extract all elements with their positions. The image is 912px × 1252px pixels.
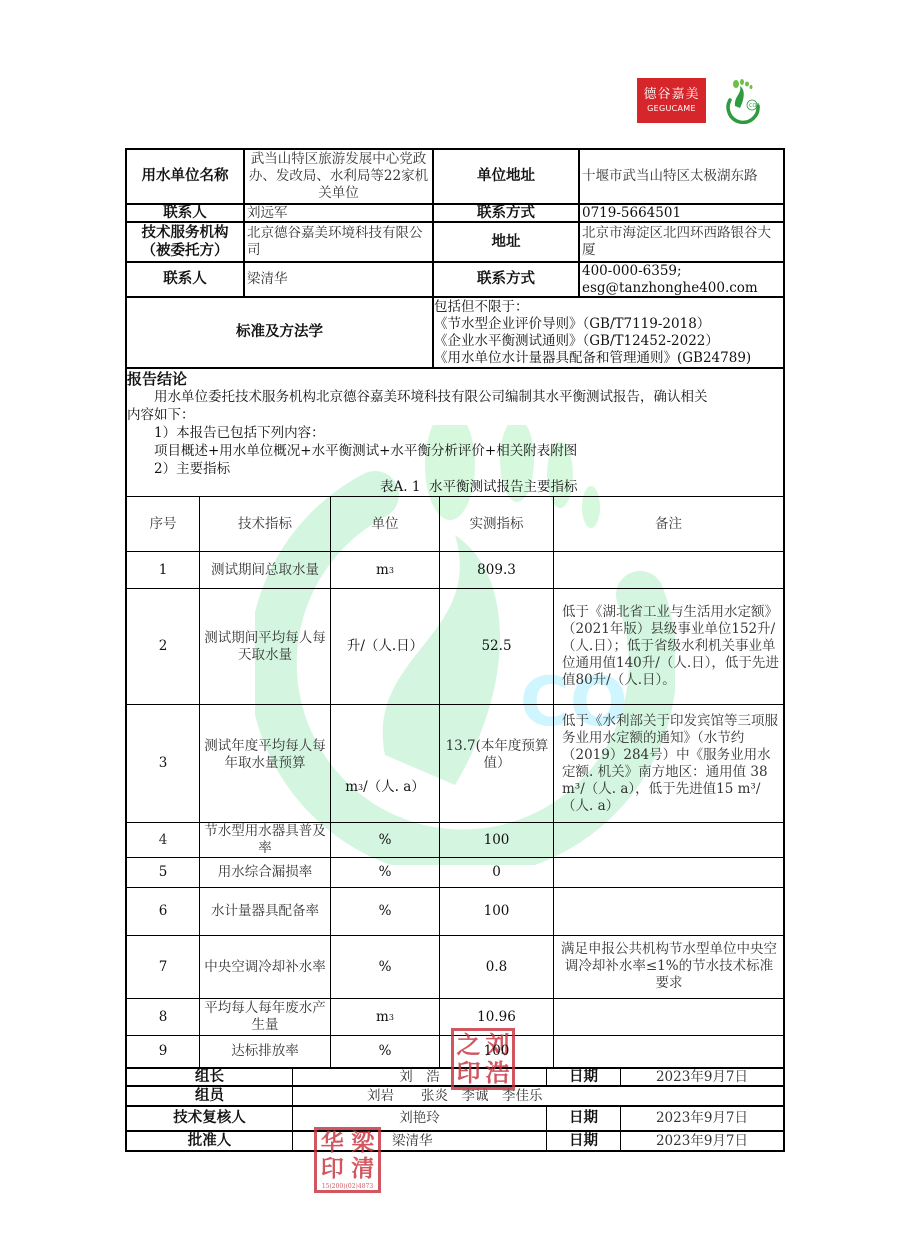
row7-indicator: 中央空调冷却补水率 (204, 936, 326, 998)
contact-value: 刘远军 (245, 205, 432, 221)
row5-note (556, 858, 783, 887)
approver-date-label: 日期 (547, 1132, 620, 1150)
service-org-label: 技术服务机构 （被委托方） (127, 223, 243, 261)
row4-no: 4 (127, 823, 199, 857)
row9-indicator: 达标排放率 (204, 1036, 326, 1067)
unit-name-value: 武当山特区旅游发展中心党政办、发改局、水利局等22家机关单位 (245, 150, 432, 203)
row5-indicator: 用水综合漏损率 (204, 858, 326, 887)
row9-note (556, 1036, 783, 1067)
conclusion-paragraph-line1: 用水单位委托技术服务机构北京德谷嘉美环境科技有限公司编制其水平衡测试报告，确认相… (127, 388, 708, 407)
col-header-indicator: 技术指标 (200, 497, 330, 551)
col-header-unit: 单位 (331, 497, 439, 551)
contact2-method-value: 400-000-6359; esg@tanzhonghe400.com (580, 263, 783, 296)
green-footprint-co2-icon: CO2 (720, 76, 768, 124)
address-label: 地址 (434, 223, 578, 261)
leader-date-label: 日期 (547, 1069, 620, 1085)
conclusion-item1-content: 项目概述+用水单位概况+水平衡测试+水平衡分析评价+相关附表附图 (127, 442, 577, 461)
service-org-label-line2: （被委托方） (142, 242, 229, 260)
conclusion-paragraph-line2: 内容如下： (127, 406, 195, 425)
row5-no: 5 (127, 858, 199, 887)
row3-indicator: 测试年度平均每人每年取水量预算 (204, 705, 326, 805)
row9-value: 100 (440, 1036, 553, 1067)
row5-unit: % (331, 858, 439, 887)
contact-label: 联系人 (127, 205, 243, 221)
contact-method-value: 0719-5664501 (580, 205, 783, 221)
conclusion-item2: 2）主要指标 (127, 460, 230, 479)
reviewer-date-label: 日期 (547, 1107, 620, 1130)
members-label: 组员 (127, 1087, 292, 1105)
approver-label: 批准人 (127, 1132, 292, 1150)
row4-unit: % (331, 823, 439, 857)
standard-item: 《用水单位水计量器具配备和管理通则》(GB24789) (434, 350, 751, 367)
row1-unit: m3 (331, 552, 439, 588)
col-header-no: 序号 (127, 497, 199, 551)
standards-label: 标准及方法学 (127, 298, 432, 367)
row9-unit: % (331, 1036, 439, 1067)
row2-value: 52.5 (440, 589, 553, 704)
conclusion-item1: 1）本报告已包括下列内容： (127, 424, 325, 443)
contact2-label: 联系人 (127, 263, 243, 296)
row7-unit: % (331, 936, 439, 998)
row2-no: 2 (127, 589, 199, 704)
leader-label: 组长 (127, 1069, 292, 1085)
col-header-note: 备注 (554, 497, 783, 551)
brand-logo: 德谷嘉美 GEGUCAME (637, 78, 706, 123)
row7-no: 7 (127, 936, 199, 998)
approver-date: 2023年9月7日 (621, 1132, 783, 1150)
row5-value: 0 (440, 858, 553, 887)
row6-note (556, 888, 783, 935)
service-org-value: 北京德谷嘉美环境科技有限公司 (245, 223, 432, 261)
row8-no: 8 (127, 999, 199, 1035)
contact2-phone: 400-000-6359; (582, 263, 682, 280)
row8-note (556, 999, 783, 1035)
row8-unit: m3 (331, 999, 439, 1035)
row7-value: 0.8 (440, 936, 553, 998)
approver-value: 梁清华 (390, 1132, 546, 1150)
row1-indicator: 测试期间总取水量 (204, 552, 326, 588)
row3-no: 3 (127, 705, 199, 822)
contact2-method-label: 联系方式 (434, 263, 578, 296)
unit-address-value: 十堰市武当山特区太极湖东路 (580, 150, 783, 203)
row3-value: 13.7(本年度预算值） (443, 705, 551, 805)
standards-intro: 包括但不限于： (434, 299, 529, 316)
row4-note (556, 823, 783, 857)
row6-value: 100 (440, 888, 553, 935)
standard-item: 《节水型企业评价导则》（GB/T7119-2018） (434, 316, 710, 333)
svg-text:CO2: CO2 (749, 103, 760, 109)
row4-indicator: 节水型用水器具普及率 (204, 823, 326, 857)
row1-note (556, 552, 783, 588)
reviewer-label: 技术复核人 (127, 1107, 292, 1130)
row2-note: 低于《湖北省工业与生活用水定额》（2021年版）县级事业单位152升/（人.日）… (560, 589, 780, 704)
row3-unit: m3/（人. a） (331, 770, 439, 804)
row7-note: 满足申报公共机构节水型单位中央空调冷却补水率≤1%的节水技术标准要求 (560, 936, 778, 996)
row2-unit: 升/（人.日） (331, 589, 439, 704)
table-caption: 表A. 1 水平衡测试报告主要指标 (380, 478, 578, 497)
leader-date: 2023年9月7日 (621, 1069, 783, 1085)
address-value: 北京市海淀区北四环西路银谷大厦 (580, 223, 783, 261)
row9-no: 9 (127, 1036, 199, 1067)
contact-method-label: 联系方式 (434, 205, 578, 221)
standards-list: 包括但不限于： 《节水型企业评价导则》（GB/T7119-2018） 《企业水平… (434, 298, 783, 367)
row8-indicator: 平均每人每年废水产生量 (204, 999, 326, 1035)
brand-name-zh: 德谷嘉美 (643, 87, 699, 103)
standard-item: 《企业水平衡测试通则》（GB/T12452-2022） (434, 333, 719, 350)
col-header-measured: 实测指标 (440, 497, 553, 551)
row1-value: 809.3 (440, 552, 553, 588)
row6-no: 6 (127, 888, 199, 935)
row6-unit: % (331, 888, 439, 935)
row4-value: 100 (440, 823, 553, 857)
row1-no: 1 (127, 552, 199, 588)
seal-stamp-liang-qinghua: 华梁 印清 15(200)(02)4873 (314, 1127, 381, 1193)
row6-indicator: 水计量器具配备率 (204, 888, 326, 935)
row2-indicator: 测试期间平均每人每天取水量 (204, 589, 326, 704)
contact2-value: 梁清华 (245, 263, 432, 296)
service-org-label-line1: 技术服务机构 (142, 224, 229, 242)
unit-address-label: 单位地址 (434, 150, 578, 203)
contact2-email: esg@tanzhonghe400.com (582, 280, 758, 297)
brand-name-en: GEGUCAME (647, 103, 696, 115)
conclusion-title: 报告结论 (127, 370, 187, 389)
reviewer-date: 2023年9月7日 (621, 1107, 783, 1130)
unit-name-label: 用水单位名称 (127, 150, 243, 203)
row3-note: 低于《水利部关于印发宾馆等三项服务业用水定额的通知》（水节约（2019）284号… (560, 707, 780, 820)
